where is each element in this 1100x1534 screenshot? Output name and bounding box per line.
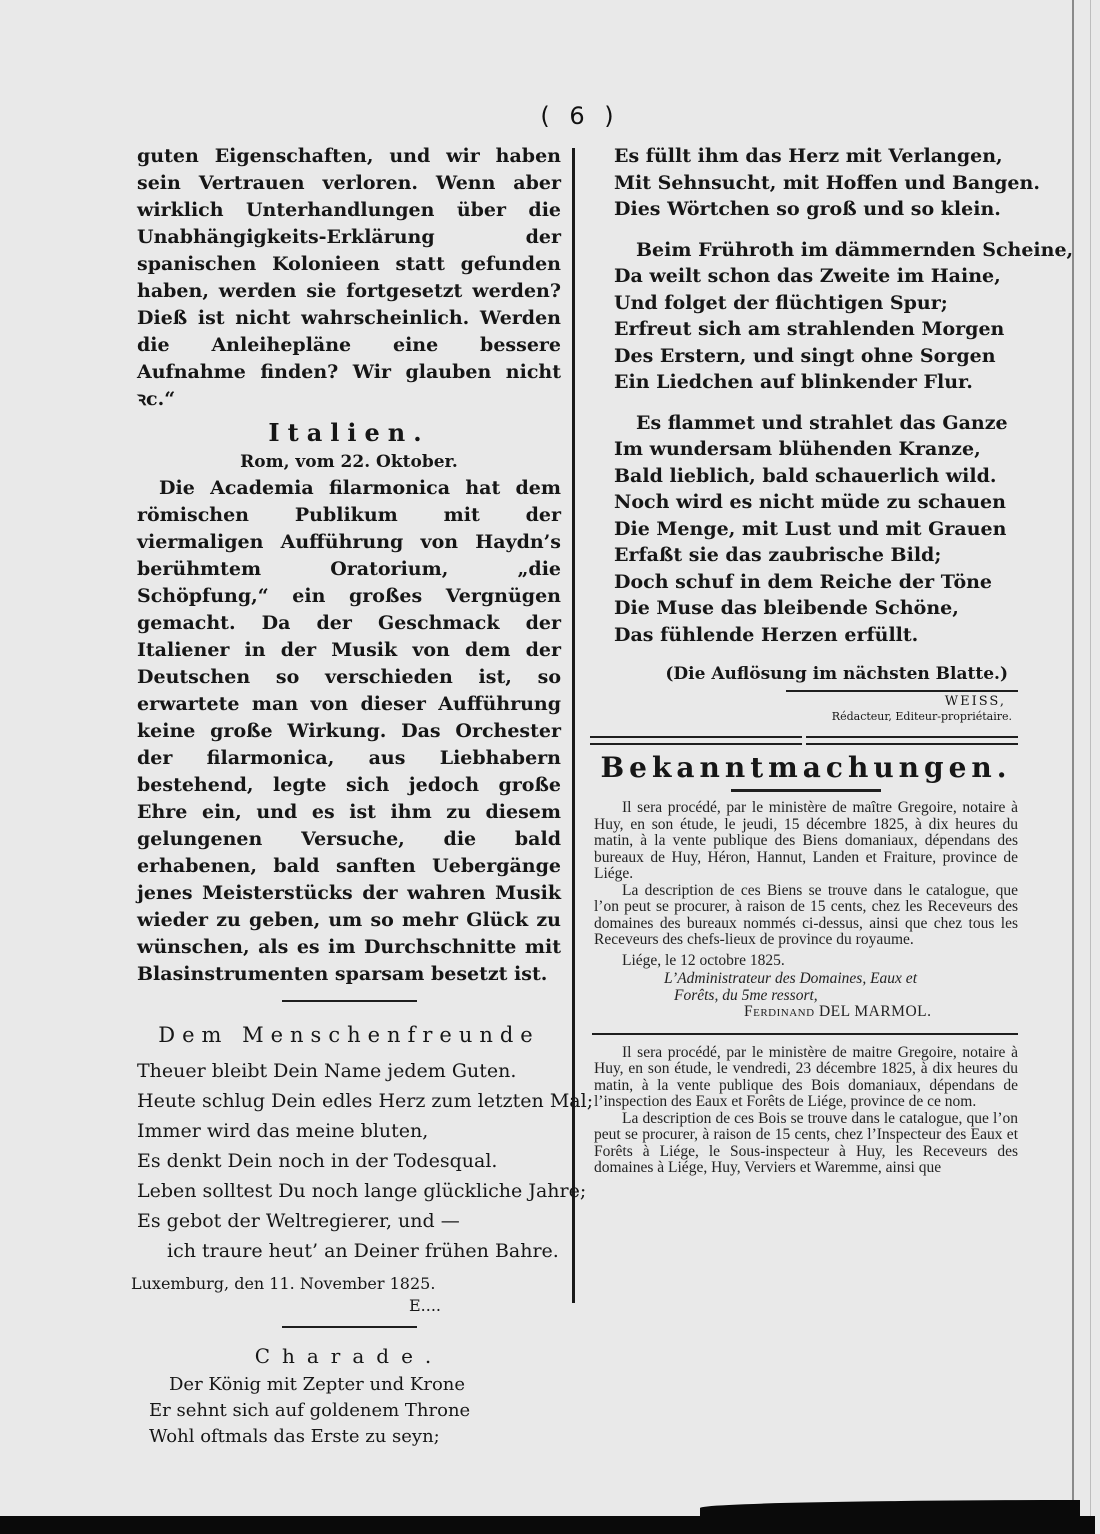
page-edge (1072, 0, 1074, 1500)
italien-article: Die Academia filarmonica hat dem römisch… (137, 475, 561, 988)
stanza-line: Die Muse das bleibende Schöne, (614, 595, 1018, 622)
stanza-line: Das fühlende Herzen erfüllt. (614, 622, 1018, 649)
notice-paragraph: Il sera procédé, par le ministère de maî… (594, 800, 1018, 883)
charade-line: Der König mit Zepter und Krone (137, 1372, 561, 1398)
column-divider (572, 148, 575, 1303)
left-column: guten Eigenschaften, und wir haben sein … (137, 143, 561, 1450)
notice-signoff: Forêts, du 5me ressort, (594, 988, 1018, 1005)
signature-firstname: Ferdinand (744, 1003, 815, 1020)
charade-title: Charade. (137, 1342, 561, 1370)
scan-bottom-border (0, 1516, 1095, 1534)
poem-line: Heute schlug Dein edles Herz zum letzten… (137, 1086, 561, 1116)
charade-line: Wohl oftmals das Erste zu seyn; (137, 1424, 561, 1450)
editor-title: Rédacteur, Editeur-propriétaire. (594, 710, 1012, 724)
charade-continued: Es füllt ihm das Herz mit Verlangen, Mit… (594, 143, 1018, 648)
section-heading-italien: Italien. (137, 417, 561, 449)
poem: Dem Menschenfreunde Theuer bleibt Dein N… (137, 1020, 561, 1316)
poem-line: Theuer bleibt Dein Name jedem Guten. (137, 1056, 561, 1086)
notice-paragraph: La description de ces Biens se trouve da… (594, 883, 1018, 949)
signature-lastname: DEL MARMOL. (819, 1003, 932, 1020)
stanza-line: Im wundersam blühenden Kranze, (614, 436, 1018, 463)
stanza-line: Erfreut sich am strahlenden Morgen (614, 316, 1018, 343)
notice-signature: Ferdinand DEL MARMOL. (594, 1004, 1018, 1021)
stanza-line: Mit Sehnsucht, mit Hoffen und Bangen. (614, 170, 1018, 197)
stanza-3: Es flammet und strahlet das Ganze Im wun… (614, 410, 1018, 649)
poem-line: Es denkt Dein noch in der Todesqual. (137, 1146, 561, 1176)
stanza-line: Es füllt ihm das Herz mit Verlangen, (614, 143, 1018, 170)
italien-paragraph: Die Academia filarmonica hat dem römisch… (137, 475, 561, 988)
stanza-line: Ein Liedchen auf blinkender Flur. (614, 369, 1018, 396)
notice-separator (592, 1033, 1018, 1035)
double-rule-right (806, 736, 1018, 745)
notice-paragraph: Il sera procédé, par le ministère de mai… (594, 1045, 1018, 1111)
stanza-line: Noch wird es nicht müde zu schauen (614, 489, 1018, 516)
stanza-1: Es füllt ihm das Herz mit Verlangen, Mit… (614, 143, 1018, 223)
poem-place-date: Luxemburg, den 11. November 1825. (131, 1272, 561, 1296)
stanza-line: Erfaßt sie das zaubrische Bild; (614, 542, 1018, 569)
right-column: Es füllt ihm das Herz mit Verlangen, Mit… (594, 143, 1018, 1177)
section-heading-bekanntmachungen: Bekanntmachungen. (594, 749, 1018, 787)
poem-line: Es gebot der Weltregierer, und — (137, 1206, 561, 1236)
stanza-line: Die Menge, mit Lust und mit Grauen (614, 516, 1018, 543)
stanza-line: Bald lieblich, bald schauerlich wild. (614, 463, 1018, 490)
double-rule (590, 736, 1018, 745)
charade: Charade. Der König mit Zepter und Krone … (137, 1342, 561, 1450)
stanza-2: Beim Frühroth im dämmernden Scheine, Da … (614, 237, 1018, 396)
notice-2: Il sera procédé, par le ministère de mai… (594, 1045, 1018, 1177)
stanza-line: Und folget der flüchtigen Spur; (614, 290, 1018, 317)
editor-rule (786, 690, 1018, 692)
stanza-line: Doch schuf in dem Reiche der Töne (614, 569, 1018, 596)
double-rule-left (590, 736, 802, 745)
heading-underline (731, 789, 881, 792)
notice-date: Liége, le 12 octobre 1825. (594, 953, 1018, 970)
separator-rule (282, 1326, 417, 1328)
poem-line: Leben solltest Du noch lange glückliche … (137, 1176, 561, 1206)
editor-name: WEISS, (594, 694, 1006, 710)
intro-article: guten Eigenschaften, und wir haben sein … (137, 143, 561, 413)
poem-signature: E.... (137, 1296, 561, 1316)
stanza-line: Es flammet und strahlet das Ganze (614, 410, 1018, 437)
stanza-line: Beim Frühroth im dämmernden Scheine, (614, 237, 1018, 264)
dateline: Rom, vom 22. Oktober. (137, 449, 561, 475)
poem-line: ich traure heut’ an Deiner frühen Bahre. (137, 1236, 561, 1266)
stanza-line: Des Erstern, und singt ohne Sorgen (614, 343, 1018, 370)
notice-paragraph: La description de ces Bois se trouve dan… (594, 1111, 1018, 1177)
poem-title: Dem Menschenfreunde (137, 1020, 561, 1050)
page-edge-outer (1090, 0, 1091, 1534)
intro-paragraph: guten Eigenschaften, und wir haben sein … (137, 143, 561, 413)
separator-rule (282, 1000, 417, 1002)
notice-1: Il sera procédé, par le ministère de maî… (594, 800, 1018, 1021)
charade-line: Er sehnt sich auf goldenem Throne (137, 1398, 561, 1424)
stanza-line: Da weilt schon das Zweite im Haine, (614, 263, 1018, 290)
solution-note: (Die Auflösung im nächsten Blatte.) (594, 662, 1018, 686)
stanza-line: Dies Wörtchen so groß und so klein. (614, 196, 1018, 223)
notice-signoff: L’Administrateur des Domaines, Eaux et (594, 971, 1018, 988)
page-number: ( 6 ) (540, 102, 620, 130)
poem-line: Immer wird das meine bluten, (137, 1116, 561, 1146)
